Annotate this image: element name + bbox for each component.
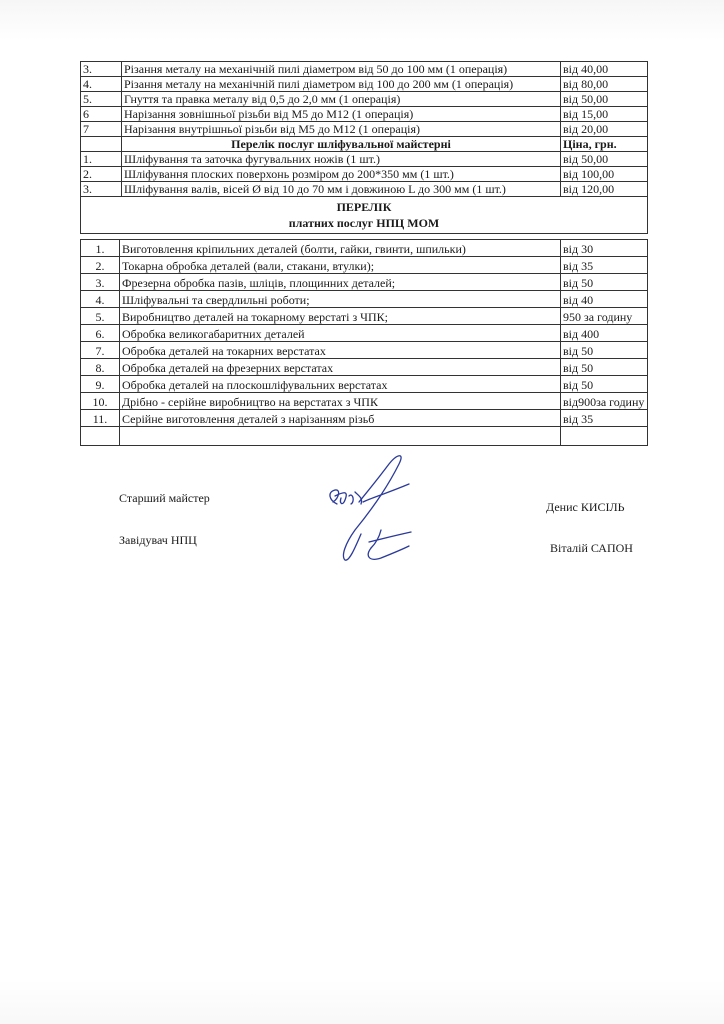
head-name: Віталій САПОН — [550, 541, 633, 556]
service-price: від 50 — [561, 359, 648, 376]
paid-services-table: 1.Виготовлення кріпильних деталей (болти… — [80, 239, 648, 446]
empty-cell — [81, 137, 122, 152]
row-number: 4. — [81, 77, 122, 92]
title-line-2: платних послуг НПЦ МОМ — [83, 215, 645, 231]
table-row: 10.Дрібно - серійне виробництво на верст… — [81, 393, 648, 410]
service-price: від 40 — [561, 291, 648, 308]
service-price: від 50 — [561, 376, 648, 393]
service-name: Обробка деталей на токарних верстатах — [120, 342, 561, 359]
price-column-header: Ціна, грн. — [561, 137, 648, 152]
service-price: від 400 — [561, 325, 648, 342]
service-price: від 15,00 — [561, 107, 648, 122]
table-row: 1.Виготовлення кріпильних деталей (болти… — [81, 240, 648, 257]
row-number: 5. — [81, 92, 122, 107]
service-name: Виготовлення кріпильних деталей (болти, … — [120, 240, 561, 257]
row-number: 6 — [81, 107, 122, 122]
service-name: Виробництво деталей на токарному верстат… — [120, 308, 561, 325]
empty-cell — [120, 427, 561, 446]
service-name: Гнуття та правка металу від 0,5 до 2,0 м… — [122, 92, 561, 107]
row-number: 6. — [81, 325, 120, 342]
metal-and-grinding-services-table: 3. Різання металу на механічній пилі діа… — [80, 61, 648, 234]
service-name: Шліфування плоских поверхонь розміром до… — [122, 167, 561, 182]
empty-cell — [81, 427, 120, 446]
table-row: 7 Нарізання внутрішньої різьби від М5 до… — [81, 122, 648, 137]
senior-master-label: Старший майстер — [119, 491, 210, 506]
service-price: 950 за годину — [561, 308, 648, 325]
row-number: 3. — [81, 274, 120, 291]
service-name: Обробка деталей на фрезерних верстатах — [120, 359, 561, 376]
service-name: Обробка деталей на плоскошліфувальних ве… — [120, 376, 561, 393]
row-number: 7. — [81, 342, 120, 359]
service-price: від 35 — [561, 257, 648, 274]
service-price: від 50,00 — [561, 152, 648, 167]
row-number: 9. — [81, 376, 120, 393]
service-price: від900за годину — [561, 393, 648, 410]
service-price: від 20,00 — [561, 122, 648, 137]
table-row: 9.Обробка деталей на плоскошліфувальних … — [81, 376, 648, 393]
service-name: Різання металу на механічній пилі діамет… — [122, 77, 561, 92]
row-number: 3. — [81, 182, 122, 197]
row-number: 7 — [81, 122, 122, 137]
paid-services-title: ПЕРЕЛІК платних послуг НПЦ МОМ — [81, 197, 648, 234]
table-row: 6 Нарізання зовнішньої різьби від М5 до … — [81, 107, 648, 122]
service-price: від 50 — [561, 274, 648, 291]
service-price: від 50,00 — [561, 92, 648, 107]
row-number: 3. — [81, 62, 122, 77]
handwritten-signature — [315, 452, 430, 567]
service-price: від 30 — [561, 240, 648, 257]
table-row: 8.Обробка деталей на фрезерних верстатах… — [81, 359, 648, 376]
table-row: 2.Токарна обробка деталей (вали, стакани… — [81, 257, 648, 274]
title-line-1: ПЕРЕЛІК — [83, 199, 645, 215]
table-row: 4.Шліфувальні та свердлильні роботи;від … — [81, 291, 648, 308]
senior-master-name: Денис КИСІЛЬ — [546, 500, 625, 515]
service-name: Токарна обробка деталей (вали, стакани, … — [120, 257, 561, 274]
grinding-section-title: Перелік послуг шліфувальної майстерні — [122, 137, 561, 152]
row-number: 8. — [81, 359, 120, 376]
table-row: 7.Обробка деталей на токарних верстатахв… — [81, 342, 648, 359]
head-label: Завідувач НПЦ — [119, 533, 197, 548]
paid-services-title-row: ПЕРЕЛІК платних послуг НПЦ МОМ — [81, 197, 648, 234]
table-row: 5.Виробництво деталей на токарному верст… — [81, 308, 648, 325]
service-price: від 100,00 — [561, 167, 648, 182]
table-row: 3. Різання металу на механічній пилі діа… — [81, 62, 648, 77]
service-name: Фрезерна обробка пазів, шліців, площинни… — [120, 274, 561, 291]
row-number: 2. — [81, 257, 120, 274]
service-name: Різання металу на механічній пилі діамет… — [122, 62, 561, 77]
service-price: від 35 — [561, 410, 648, 427]
table-row: 2. Шліфування плоских поверхонь розміром… — [81, 167, 648, 182]
service-price: від 120,00 — [561, 182, 648, 197]
service-name: Шліфування та заточка фугувальних ножів … — [122, 152, 561, 167]
row-number: 1. — [81, 240, 120, 257]
table-row: 5. Гнуття та правка металу від 0,5 до 2,… — [81, 92, 648, 107]
service-price: від 40,00 — [561, 62, 648, 77]
service-name: Шліфування валів, вісей Ø від 10 до 70 м… — [122, 182, 561, 197]
table-row: 3. Шліфування валів, вісей Ø від 10 до 7… — [81, 182, 648, 197]
service-name: Шліфувальні та свердлильні роботи; — [120, 291, 561, 308]
empty-cell — [561, 427, 648, 446]
service-name: Обробка великогабаритних деталей — [120, 325, 561, 342]
service-name: Нарізання зовнішньої різьби від М5 до М1… — [122, 107, 561, 122]
service-price: від 50 — [561, 342, 648, 359]
service-name: Серійне виготовлення деталей з нарізання… — [120, 410, 561, 427]
table-row: 6.Обробка великогабаритних деталейвід 40… — [81, 325, 648, 342]
row-number: 5. — [81, 308, 120, 325]
row-number: 2. — [81, 167, 122, 182]
row-number: 1. — [81, 152, 122, 167]
row-number: 10. — [81, 393, 120, 410]
section-header-row: Перелік послуг шліфувальної майстерні Ці… — [81, 137, 648, 152]
service-price: від 80,00 — [561, 77, 648, 92]
row-number: 11. — [81, 410, 120, 427]
service-name: Дрібно - серійне виробництво на верстата… — [120, 393, 561, 410]
empty-row — [81, 427, 648, 446]
table-row: 3.Фрезерна обробка пазів, шліців, площин… — [81, 274, 648, 291]
row-number: 4. — [81, 291, 120, 308]
table-row: 1. Шліфування та заточка фугувальних нож… — [81, 152, 648, 167]
table-row: 4. Різання металу на механічній пилі діа… — [81, 77, 648, 92]
service-name: Нарізання внутрішньої різьби від М5 до М… — [122, 122, 561, 137]
table-row: 11.Серійне виготовлення деталей з наріза… — [81, 410, 648, 427]
